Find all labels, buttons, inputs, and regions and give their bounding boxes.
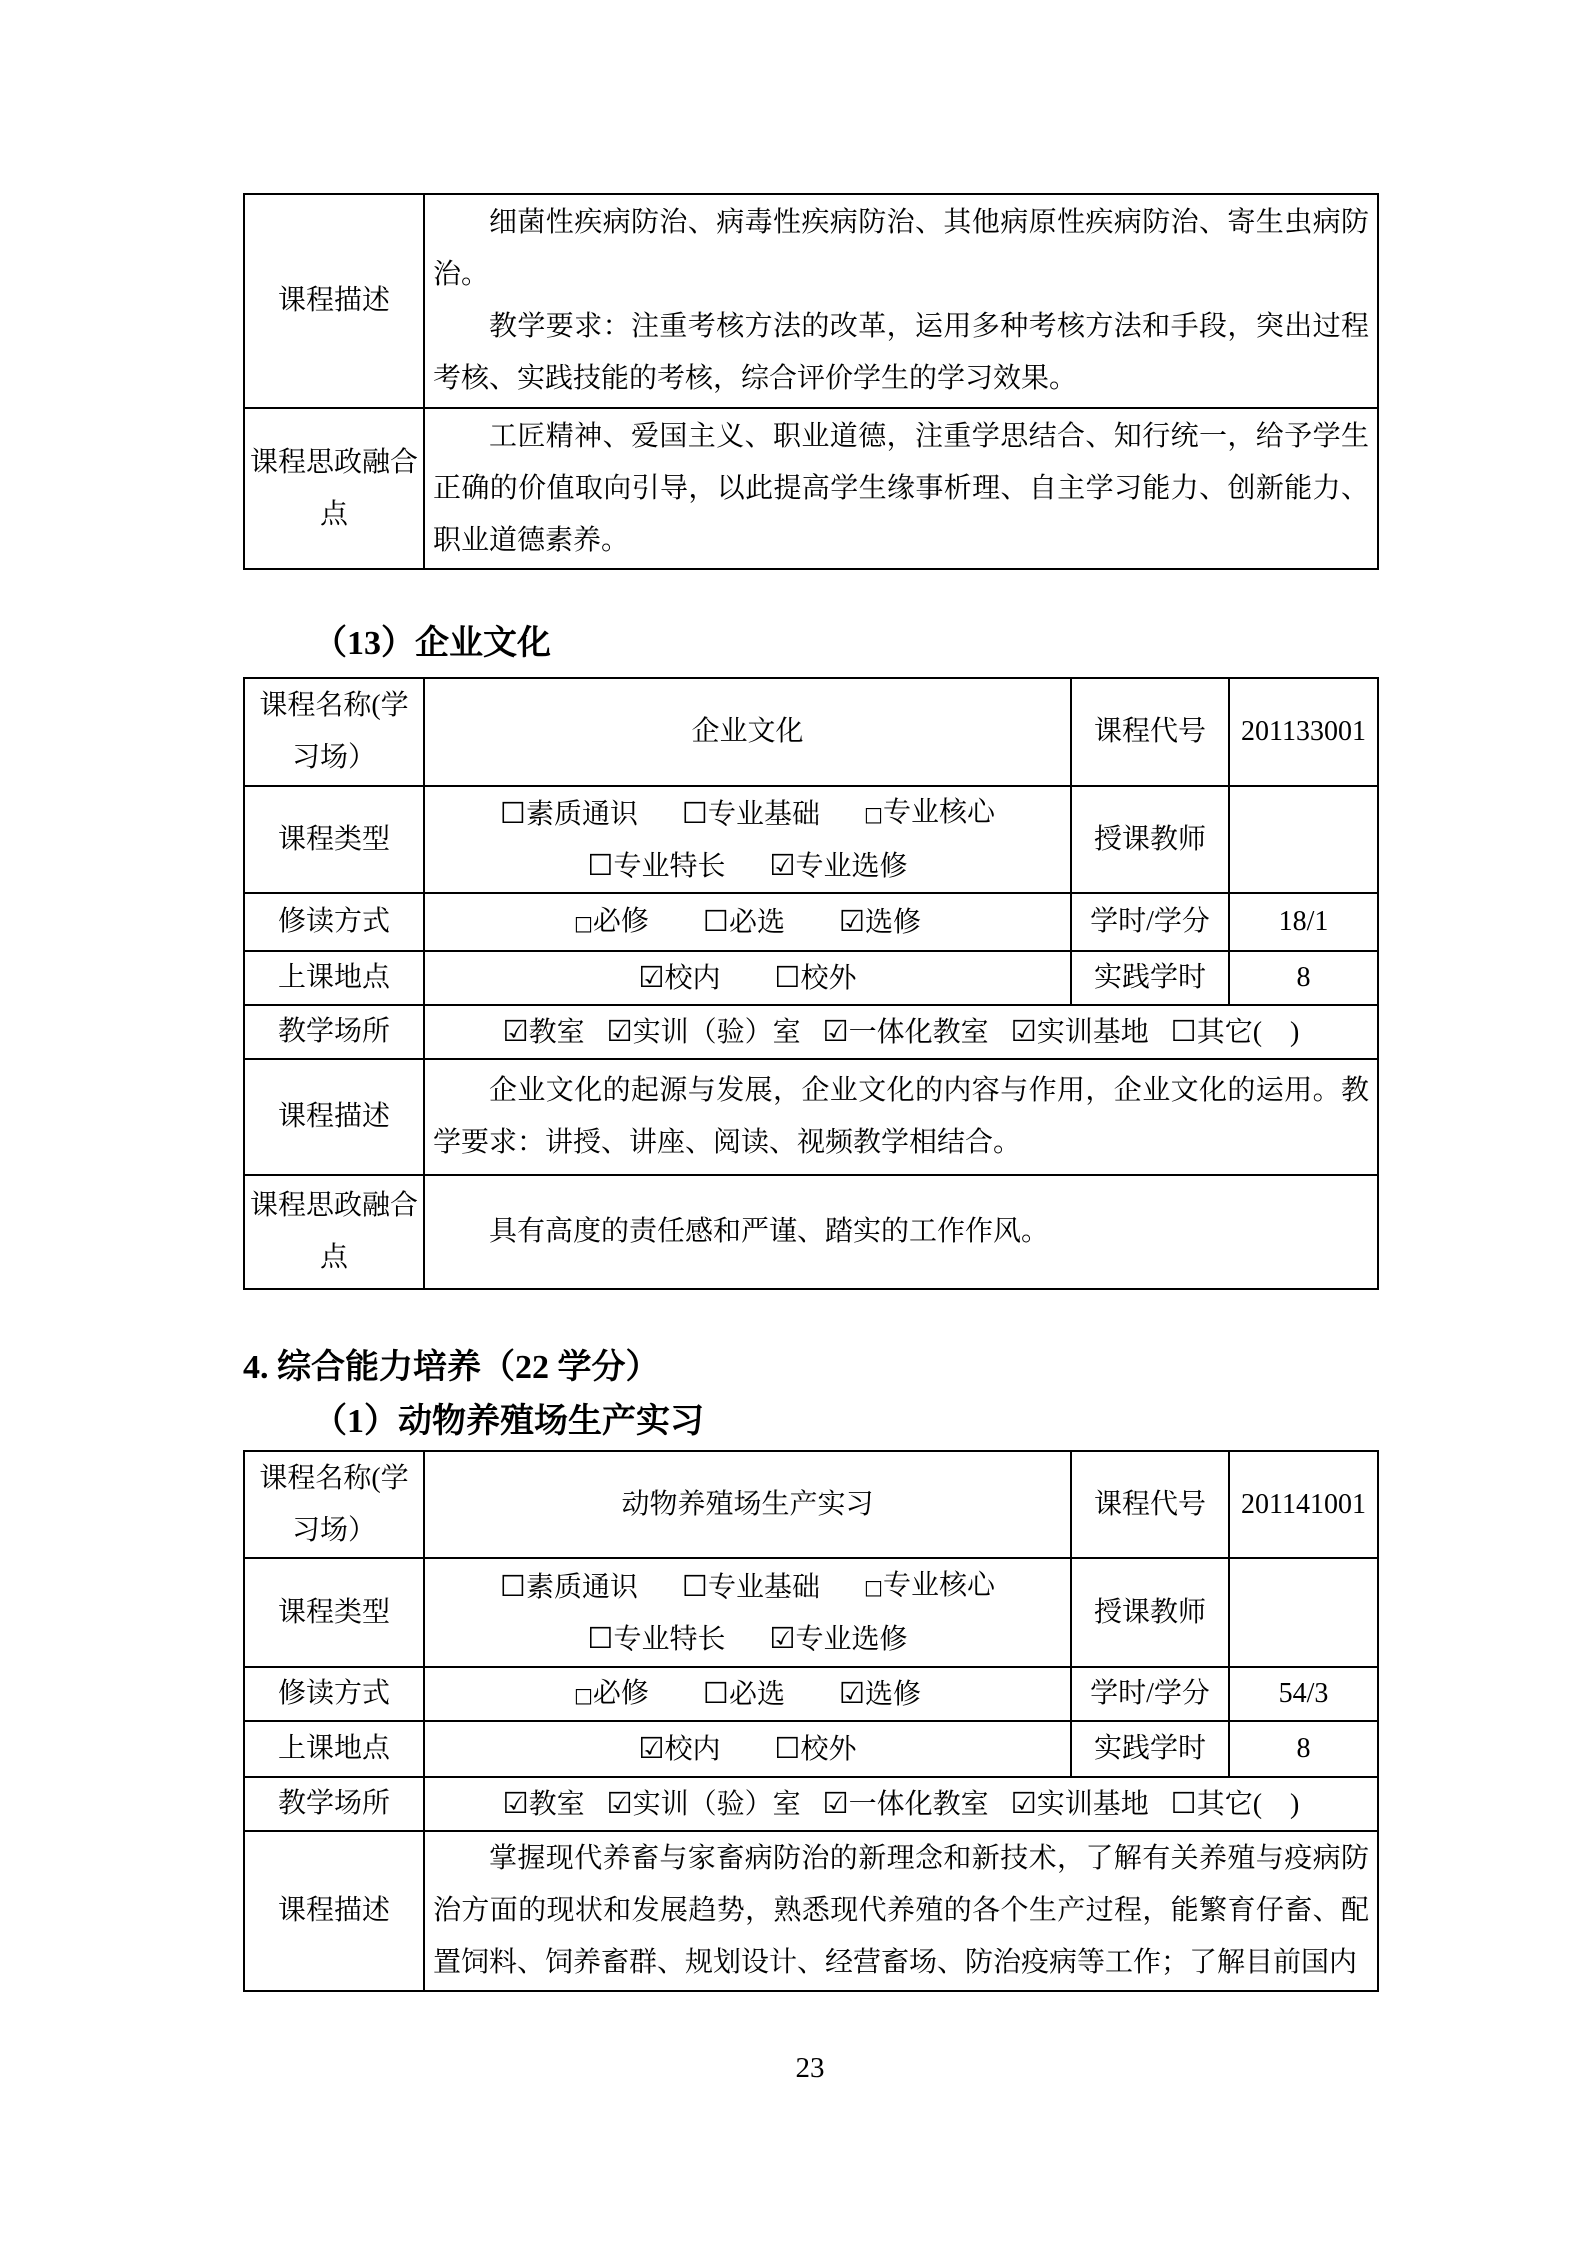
table-row: 课程名称(学 习场） 企业文化 课程代号 201133001 <box>244 678 1378 786</box>
course-code-value: 201133001 <box>1229 678 1378 786</box>
option-zhuanyetechang: ☐专业特长 <box>587 839 725 893</box>
row-label-ideology: 课程思政融合 点 <box>244 408 424 569</box>
option-zhuanyexuanxiu: ☑专业选修 <box>770 839 908 893</box>
label-line: 课程思政融合 <box>245 1180 423 1232</box>
label-line: 课程名称(学 <box>245 680 423 732</box>
option-bixiu: □必修 <box>574 1668 649 1721</box>
checkbox-icon: ☐ <box>682 1569 708 1603</box>
option-xuanxiu: ☑选修 <box>839 895 921 949</box>
checkbox-icon: □ <box>864 802 883 826</box>
checkbox-label: 素质通识 <box>526 1572 638 1603</box>
checkbox-label: 专业选修 <box>796 851 908 882</box>
ideology-cell: 具有高度的责任感和严谨、踏实的工作作风。 <box>424 1175 1378 1289</box>
table-row: 修读方式 □必修 ☐必选 ☑选修 学时/学分 18/1 <box>244 893 1378 951</box>
row-label-course-description: 课程描述 <box>244 194 424 408</box>
row-label-teaching-venue: 教学场所 <box>244 1005 424 1059</box>
checkbox-icon: ☑ <box>1011 1786 1037 1820</box>
option-line: ☑教室 ☑实训（验）室 ☑一体化教室 ☑实训基地 ☐其它( ) <box>425 1778 1377 1830</box>
checkbox-label: 实训基地 <box>1037 1017 1149 1048</box>
checkbox-icon: ☑ <box>823 1786 849 1820</box>
course-table-shengchanshixi: 课程名称(学 习场） 动物养殖场生产实习 课程代号 201141001 课程类型… <box>243 1450 1379 1992</box>
checkbox-icon: ☐ <box>703 1676 729 1710</box>
checkbox-icon: ☐ <box>500 1569 526 1603</box>
row-label-study-mode: 修读方式 <box>244 893 424 951</box>
label-line: 课程思政融合 <box>245 437 423 489</box>
option-qita: ☐其它( ) <box>1171 1777 1300 1831</box>
option-shixunjidi: ☑实训基地 <box>1011 1777 1149 1831</box>
page-number: 23 <box>243 2052 1377 2085</box>
field-label-course-code: 课程代号 <box>1071 678 1229 786</box>
checkbox-label: 教室 <box>529 1017 585 1048</box>
teaching-venue-options-cell: ☑教室 ☑实训（验）室 ☑一体化教室 ☑实训基地 ☐其它( ) <box>424 1777 1378 1831</box>
option-qita: ☐其它( ) <box>1171 1005 1300 1059</box>
teacher-value <box>1229 786 1378 893</box>
option-line: □必修 ☐必选 ☑选修 <box>425 896 1070 948</box>
checkbox-icon: ☑ <box>638 1731 664 1765</box>
option-zhuanyexuanxiu: ☑专业选修 <box>770 1612 908 1666</box>
row-label-course-description: 课程描述 <box>244 1059 424 1175</box>
section-heading-4: 4. 综合能力培养（22 学分） <box>243 1346 660 1390</box>
ideology-cell: 工匠精神、爱国主义、职业道德，注重学思结合、知行统一，给予学生正确的价值取向引导… <box>424 408 1378 569</box>
row-label-study-mode: 修读方式 <box>244 1667 424 1721</box>
option-line: ☑校内 ☐校外 <box>425 1723 1070 1775</box>
section-heading-4-1: （1）动物养殖场生产实习 <box>313 1400 704 1444</box>
section-heading-13: （13）企业文化 <box>313 622 551 666</box>
checkbox-label: 实训（验）室 <box>633 1017 801 1048</box>
option-shixunjidi: ☑实训基地 <box>1011 1005 1149 1059</box>
label-line: 点 <box>245 489 423 541</box>
course-name-value: 企业文化 <box>424 678 1071 786</box>
description-paragraph: 掌握现代养畜与家畜病防治的新理念和新技术，了解有关养殖与疫病防治方面的现状和发展… <box>433 1833 1369 1989</box>
checkbox-label: 一体化教室 <box>849 1017 989 1048</box>
label-line: 点 <box>245 1232 423 1284</box>
option-bixiu: □必修 <box>574 896 649 949</box>
checkbox-icon: ☐ <box>1171 1786 1197 1820</box>
course-code-value: 201141001 <box>1229 1451 1378 1558</box>
label-line: 课程名称(学 <box>245 1453 423 1505</box>
table-row: 课程名称(学 习场） 动物养殖场生产实习 课程代号 201141001 <box>244 1451 1378 1558</box>
study-mode-options-cell: □必修 ☐必选 ☑选修 <box>424 893 1071 951</box>
checkbox-icon: ☑ <box>503 1014 529 1048</box>
checkbox-label: 教室 <box>529 1789 585 1820</box>
table-row: 课程思政融合 点 具有高度的责任感和严谨、踏实的工作作风。 <box>244 1175 1378 1289</box>
checkbox-label: 专业特长 <box>613 1624 725 1655</box>
table-row: 课程类型 ☐素质通识 ☐专业基础 □专业核心 ☐专业特长 ☑专业选修 授课教师 <box>244 786 1378 893</box>
checkbox-icon: ☑ <box>823 1014 849 1048</box>
field-label-course-code: 课程代号 <box>1071 1451 1229 1558</box>
class-location-options-cell: ☑校内 ☐校外 <box>424 1721 1071 1777</box>
option-xiaonei: ☑校内 <box>638 1722 720 1776</box>
checkbox-icon: ☐ <box>703 904 729 938</box>
option-jiaoshi: ☑教室 <box>503 1777 585 1831</box>
table-row: 课程描述 企业文化的起源与发展，企业文化的内容与作用，企业文化的运用。教学要求：… <box>244 1059 1378 1175</box>
checkbox-label: 其它( ) <box>1197 1789 1300 1820</box>
checkbox-label: 校内 <box>664 963 720 994</box>
field-label-practice-hours: 实践学时 <box>1071 951 1229 1005</box>
document-page: { "page": { "number": "23" }, "prev": { … <box>0 0 1587 2245</box>
option-yitihua: ☑一体化教室 <box>823 1777 989 1831</box>
checkbox-icon: ☑ <box>607 1014 633 1048</box>
table-row: 课程描述 掌握现代养畜与家畜病防治的新理念和新技术，了解有关养殖与疫病防治方面的… <box>244 1831 1378 1991</box>
practice-hours-value: 8 <box>1229 1721 1378 1777</box>
option-jiaoshi: ☑教室 <box>503 1005 585 1059</box>
teaching-venue-options-cell: ☑教室 ☑实训（验）室 ☑一体化教室 ☑实训基地 ☐其它( ) <box>424 1005 1378 1059</box>
checkbox-icon: ☐ <box>775 1731 801 1765</box>
ideology-paragraph: 具有高度的责任感和严谨、踏实的工作作风。 <box>433 1206 1369 1258</box>
table-row: 上课地点 ☑校内 ☐校外 实践学时 8 <box>244 1721 1378 1777</box>
table-row: 课程类型 ☐素质通识 ☐专业基础 □专业核心 ☐专业特长 ☑专业选修 授课教师 <box>244 1558 1378 1667</box>
checkbox-icon: □ <box>574 911 593 935</box>
option-zhuanyehexin: □专业核心 <box>864 1560 995 1613</box>
option-line: ☑教室 ☑实训（验）室 ☑一体化教室 ☑实训基地 ☐其它( ) <box>425 1006 1377 1058</box>
option-bixuan: ☐必选 <box>703 895 785 949</box>
row-label-course-type: 课程类型 <box>244 1558 424 1667</box>
teacher-value <box>1229 1558 1378 1667</box>
option-xiaowai: ☐校外 <box>775 1722 857 1776</box>
field-label-teacher: 授课教师 <box>1071 1558 1229 1667</box>
checkbox-label: 专业核心 <box>883 1570 995 1601</box>
option-line: ☑校内 ☐校外 <box>425 952 1070 1004</box>
checkbox-icon: ☑ <box>638 960 664 994</box>
table-row: 教学场所 ☑教室 ☑实训（验）室 ☑一体化教室 ☑实训基地 ☐其它( ) <box>244 1777 1378 1831</box>
hours-credit-value: 54/3 <box>1229 1667 1378 1721</box>
checkbox-icon: ☑ <box>770 1621 796 1655</box>
checkbox-label: 校内 <box>664 1734 720 1765</box>
option-line: ☐专业特长 ☑专业选修 <box>425 1613 1070 1665</box>
course-description-cell: 细菌性疾病防治、病毒性疾病防治、其他病原性疾病防治、寄生虫病防治。 教学要求：注… <box>424 194 1378 408</box>
option-zhuanyehexin: □专业核心 <box>864 787 995 840</box>
checkbox-label: 校外 <box>801 963 857 994</box>
checkbox-label: 选修 <box>865 907 921 938</box>
class-location-options-cell: ☑校内 ☐校外 <box>424 951 1071 1005</box>
checkbox-label: 一体化教室 <box>849 1789 989 1820</box>
option-line: ☐素质通识 ☐专业基础 □专业核心 <box>425 1561 1070 1613</box>
checkbox-label: 其它( ) <box>1197 1017 1300 1048</box>
row-label-course-description: 课程描述 <box>244 1831 424 1991</box>
option-suzhitongshi: ☐素质通识 <box>500 787 638 841</box>
row-label-course-name: 课程名称(学 习场） <box>244 1451 424 1558</box>
hours-credit-value: 18/1 <box>1229 893 1378 951</box>
course-type-options-cell: ☐素质通识 ☐专业基础 □专业核心 ☐专业特长 ☑专业选修 <box>424 786 1071 893</box>
course-type-options-cell: ☐素质通识 ☐专业基础 □专业核心 ☐专业特长 ☑专业选修 <box>424 1558 1071 1667</box>
row-label-course-name: 课程名称(学 习场） <box>244 678 424 786</box>
row-label-teaching-venue: 教学场所 <box>244 1777 424 1831</box>
field-label-hours-credit: 学时/学分 <box>1071 893 1229 951</box>
option-shixunshi: ☑实训（验）室 <box>607 1005 801 1059</box>
checkbox-icon: ☐ <box>587 1621 613 1655</box>
checkbox-icon: ☐ <box>682 796 708 830</box>
study-mode-options-cell: □必修 ☐必选 ☑选修 <box>424 1667 1071 1721</box>
option-line: □必修 ☐必选 ☑选修 <box>425 1668 1070 1720</box>
option-line: ☐专业特长 ☑专业选修 <box>425 840 1070 892</box>
checkbox-icon: ☐ <box>775 960 801 994</box>
description-paragraph: 细菌性疾病防治、病毒性疾病防治、其他病原性疾病防治、寄生虫病防治。 <box>433 197 1369 301</box>
checkbox-icon: ☐ <box>500 796 526 830</box>
option-xiaowai: ☐校外 <box>775 951 857 1005</box>
course-name-value: 动物养殖场生产实习 <box>424 1451 1071 1558</box>
checkbox-label: 实训基地 <box>1037 1789 1149 1820</box>
checkbox-icon: ☐ <box>1171 1014 1197 1048</box>
row-label-course-type: 课程类型 <box>244 786 424 893</box>
field-label-practice-hours: 实践学时 <box>1071 1721 1229 1777</box>
option-bixuan: ☐必选 <box>703 1667 785 1721</box>
checkbox-label: 必修 <box>593 1678 649 1709</box>
checkbox-label: 专业基础 <box>708 1572 820 1603</box>
option-xiaonei: ☑校内 <box>638 951 720 1005</box>
course-table-qiyewenhua: 课程名称(学 习场） 企业文化 课程代号 201133001 课程类型 ☐素质通… <box>243 677 1379 1290</box>
option-yitihua: ☑一体化教室 <box>823 1005 989 1059</box>
checkbox-icon: ☑ <box>839 1676 865 1710</box>
course-description-cell: 企业文化的起源与发展，企业文化的内容与作用，企业文化的运用。教学要求：讲授、讲座… <box>424 1059 1378 1175</box>
checkbox-label: 选修 <box>865 1679 921 1710</box>
label-line: 习场） <box>245 1505 423 1557</box>
label-line: 习场） <box>245 732 423 784</box>
checkbox-icon: ☑ <box>607 1786 633 1820</box>
checkbox-label: 素质通识 <box>526 799 638 830</box>
checkbox-icon: □ <box>864 1575 883 1599</box>
checkbox-label: 专业核心 <box>883 797 995 828</box>
course-table-continuation: 课程描述 细菌性疾病防治、病毒性疾病防治、其他病原性疾病防治、寄生虫病防治。 教… <box>243 193 1379 570</box>
description-paragraph: 企业文化的起源与发展，企业文化的内容与作用，企业文化的运用。教学要求：讲授、讲座… <box>433 1065 1369 1169</box>
course-description-cell: 掌握现代养畜与家畜病防治的新理念和新技术，了解有关养殖与疫病防治方面的现状和发展… <box>424 1831 1378 1991</box>
checkbox-label: 必选 <box>729 1679 785 1710</box>
row-label-ideology: 课程思政融合 点 <box>244 1175 424 1289</box>
table-row: 上课地点 ☑校内 ☐校外 实践学时 8 <box>244 951 1378 1005</box>
checkbox-label: 必选 <box>729 907 785 938</box>
checkbox-icon: ☑ <box>1011 1014 1037 1048</box>
practice-hours-value: 8 <box>1229 951 1378 1005</box>
option-line: ☐素质通识 ☐专业基础 □专业核心 <box>425 788 1070 840</box>
table-row: 课程描述 细菌性疾病防治、病毒性疾病防治、其他病原性疾病防治、寄生虫病防治。 教… <box>244 194 1378 408</box>
option-zhuanyejichu: ☐专业基础 <box>682 787 820 841</box>
checkbox-icon: ☐ <box>587 848 613 882</box>
table-row: 教学场所 ☑教室 ☑实训（验）室 ☑一体化教室 ☑实训基地 ☐其它( ) <box>244 1005 1378 1059</box>
checkbox-icon: ☑ <box>770 848 796 882</box>
checkbox-label: 专业选修 <box>796 1624 908 1655</box>
checkbox-label: 实训（验）室 <box>633 1789 801 1820</box>
table-row: 课程思政融合 点 工匠精神、爱国主义、职业道德，注重学思结合、知行统一，给予学生… <box>244 408 1378 569</box>
row-label-class-location: 上课地点 <box>244 1721 424 1777</box>
field-label-teacher: 授课教师 <box>1071 786 1229 893</box>
option-xuanxiu: ☑选修 <box>839 1667 921 1721</box>
option-zhuanyetechang: ☐专业特长 <box>587 1612 725 1666</box>
option-suzhitongshi: ☐素质通识 <box>500 1560 638 1614</box>
option-zhuanyejichu: ☐专业基础 <box>682 1560 820 1614</box>
description-clipped-content: 掌握现代养畜与家畜病防治的新理念和新技术，了解有关养殖与疫病防治方面的现状和发展… <box>433 1833 1369 1989</box>
field-label-hours-credit: 学时/学分 <box>1071 1667 1229 1721</box>
checkbox-label: 专业基础 <box>708 799 820 830</box>
checkbox-label: 专业特长 <box>613 851 725 882</box>
option-shixunshi: ☑实训（验）室 <box>607 1777 801 1831</box>
checkbox-label: 必修 <box>593 906 649 937</box>
table-row: 修读方式 □必修 ☐必选 ☑选修 学时/学分 54/3 <box>244 1667 1378 1721</box>
description-paragraph: 教学要求：注重考核方法的改革，运用多种考核方法和手段，突出过程考核、实践技能的考… <box>433 301 1369 405</box>
checkbox-icon: ☑ <box>839 904 865 938</box>
checkbox-icon: □ <box>574 1683 593 1707</box>
checkbox-icon: ☑ <box>503 1786 529 1820</box>
checkbox-label: 校外 <box>801 1734 857 1765</box>
ideology-paragraph: 工匠精神、爱国主义、职业道德，注重学思结合、知行统一，给予学生正确的价值取向引导… <box>433 411 1369 567</box>
row-label-class-location: 上课地点 <box>244 951 424 1005</box>
